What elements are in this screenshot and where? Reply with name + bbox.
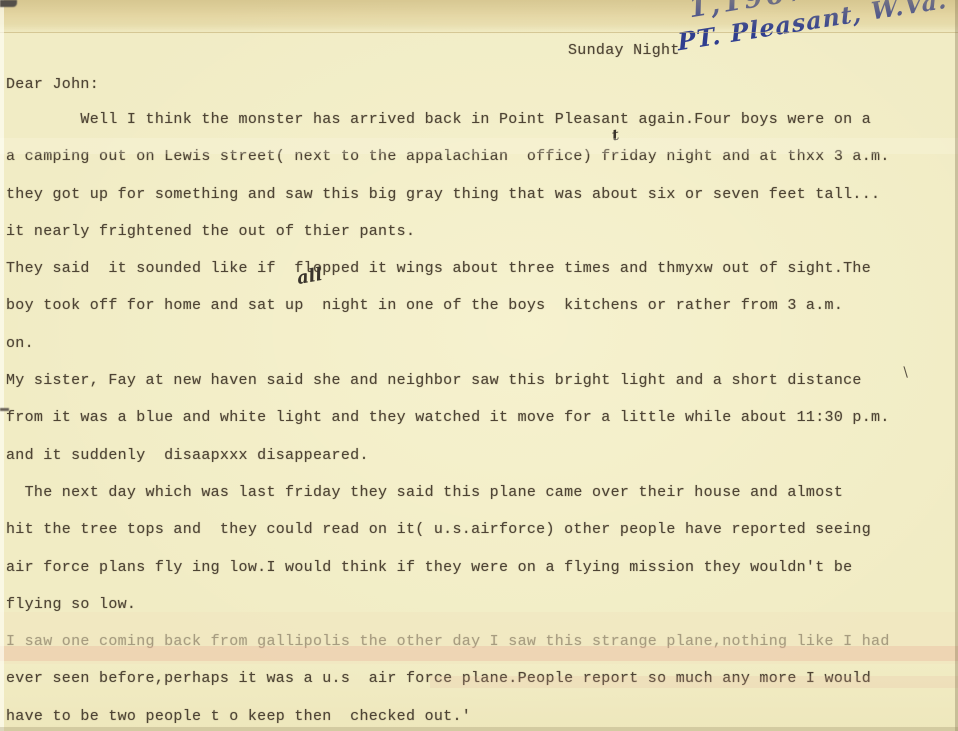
body-line-3: it nearly frightened the out of thier pa… — [6, 213, 952, 250]
body-line-8: from it was a blue and white light and t… — [6, 399, 952, 436]
body-line-4: They said it sounded like if flopped it … — [6, 250, 952, 287]
handwritten-insertion-all: all — [295, 264, 324, 289]
letter-page: 1,1967 PT. Pleasant, W.Va. Sunday Night … — [0, 0, 958, 731]
body-line-10: The next day which was last friday they … — [6, 474, 952, 511]
body-line-6: on. — [6, 325, 952, 362]
salutation: Dear John: — [6, 76, 99, 93]
body-line-15: ever seen before,perhaps it was a u.s ai… — [6, 660, 952, 697]
body-line-7: My sister, Fay at new haven said she and… — [6, 362, 952, 399]
scan-edge-left — [0, 0, 4, 731]
body-line-13: flying so low. — [6, 586, 952, 623]
body-line-9: and it suddenly disaapxxx disappeared. — [6, 437, 952, 474]
body-line-14: I saw one coming back from gallipolis th… — [6, 623, 952, 660]
body-line-1: a camping out on Lewis street( next to t… — [6, 138, 952, 175]
body-line-2: they got up for something and saw this b… — [6, 176, 952, 213]
scan-corner-mark — [0, 0, 17, 7]
handwritten-date: 1,1967 — [686, 0, 811, 24]
dateline: Sunday Night — [568, 42, 680, 59]
letter-body: Well I think the monster has arrived bac… — [6, 101, 952, 731]
body-line-5: boy took off for home and sat up night i… — [6, 287, 952, 324]
body-line-11: hit the tree tops and they could read on… — [6, 511, 952, 548]
body-line-16: have to be two people t o keep then chec… — [6, 698, 952, 731]
paper-fold-band-top — [0, 0, 958, 33]
body-line-0: Well I think the monster has arrived bac… — [6, 101, 952, 138]
body-line-12: air force plans fly ing low.I would thin… — [6, 549, 952, 586]
handwritten-location: PT. Pleasant, W.Va. — [676, 0, 948, 56]
